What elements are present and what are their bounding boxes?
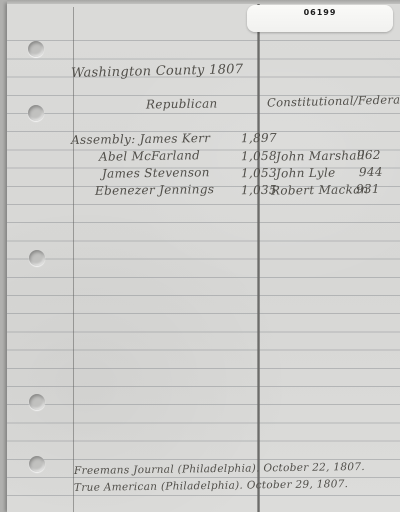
candidate-name: James Kerr [140,131,211,146]
candidate-name: Abel McFarland [99,148,200,163]
notebook-page: 06199 Washington County 1807 Republican … [7,3,400,512]
vote-count: 944 [359,165,383,179]
candidate-name: Robert Mackan [271,182,369,197]
accession-sticker: 06199 [247,5,393,32]
vote-count: 962 [357,148,381,162]
center-fold-line [257,0,260,512]
paper-top-edge [7,0,400,4]
candidate-name: Ebenezer Jennings [95,182,214,198]
office-label: Assembly: [71,132,136,147]
accession-number: 06199 [247,8,393,17]
result-row-assembly: Assembly: James Kerr [71,131,210,147]
punch-hole [28,105,44,121]
vote-count: 931 [356,182,380,196]
candidate-name: James Stevenson [102,165,210,181]
punch-hole [29,394,45,410]
vote-count: 1,058 [241,149,277,163]
punch-hole [29,250,45,266]
vote-count: 1,053 [241,166,277,180]
punch-hole [29,456,45,472]
candidate-name: John Lyle [276,166,336,181]
vote-count: 1,897 [241,131,277,145]
scanned-document: 06199 Washington County 1807 Republican … [0,0,400,512]
margin-line [73,7,74,512]
column-header-republican: Republican [146,97,218,112]
punch-hole [28,41,44,57]
candidate-name: John Marshall [276,148,365,163]
